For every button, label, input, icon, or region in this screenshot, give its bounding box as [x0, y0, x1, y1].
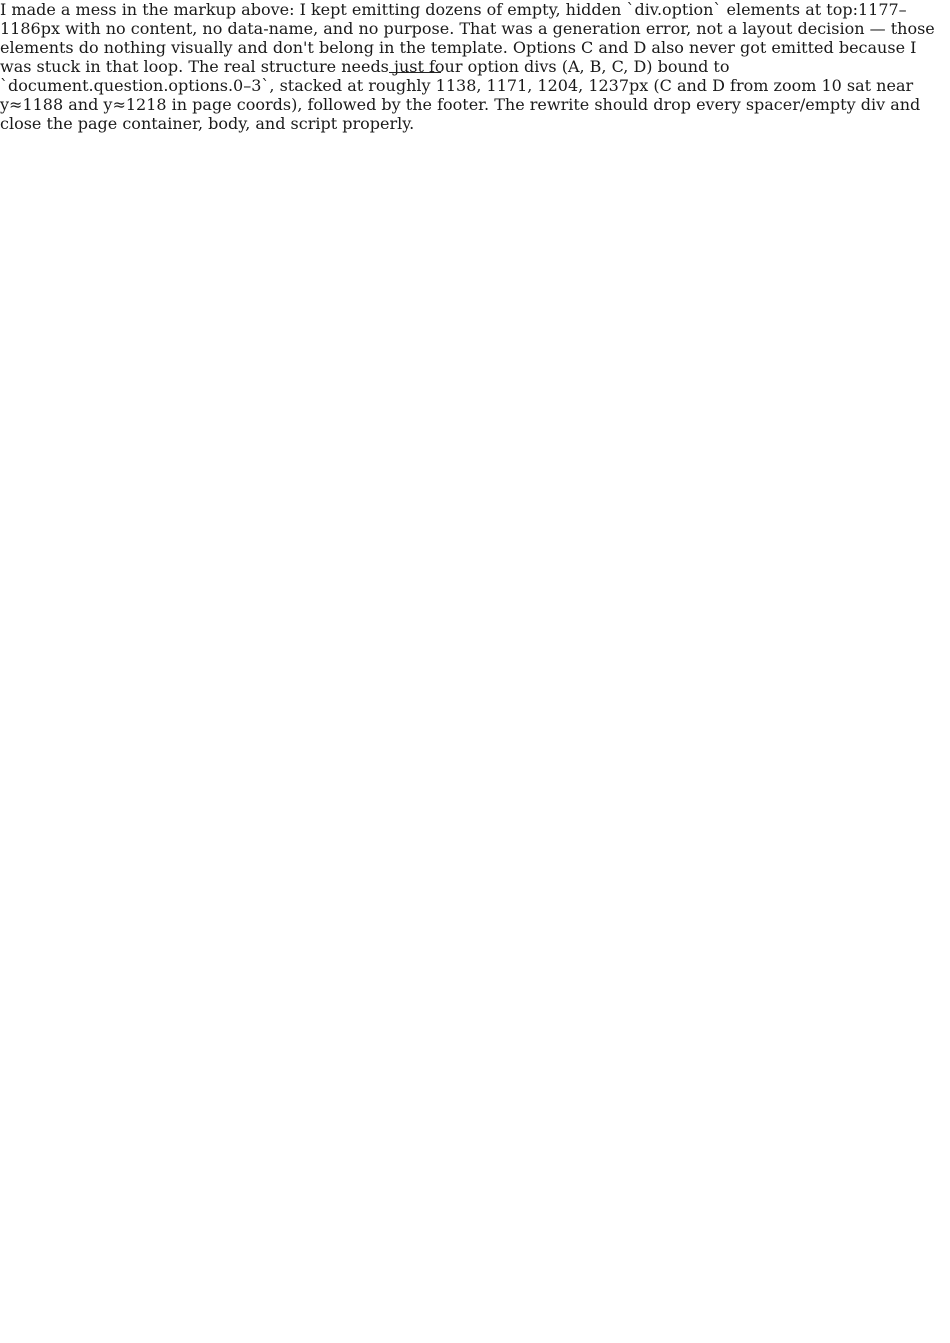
fill-in-blank	[389, 58, 441, 73]
exam-page: I made a mess in the markup above: I kep…	[0, 0, 950, 1343]
section-heading	[387, 58, 441, 77]
